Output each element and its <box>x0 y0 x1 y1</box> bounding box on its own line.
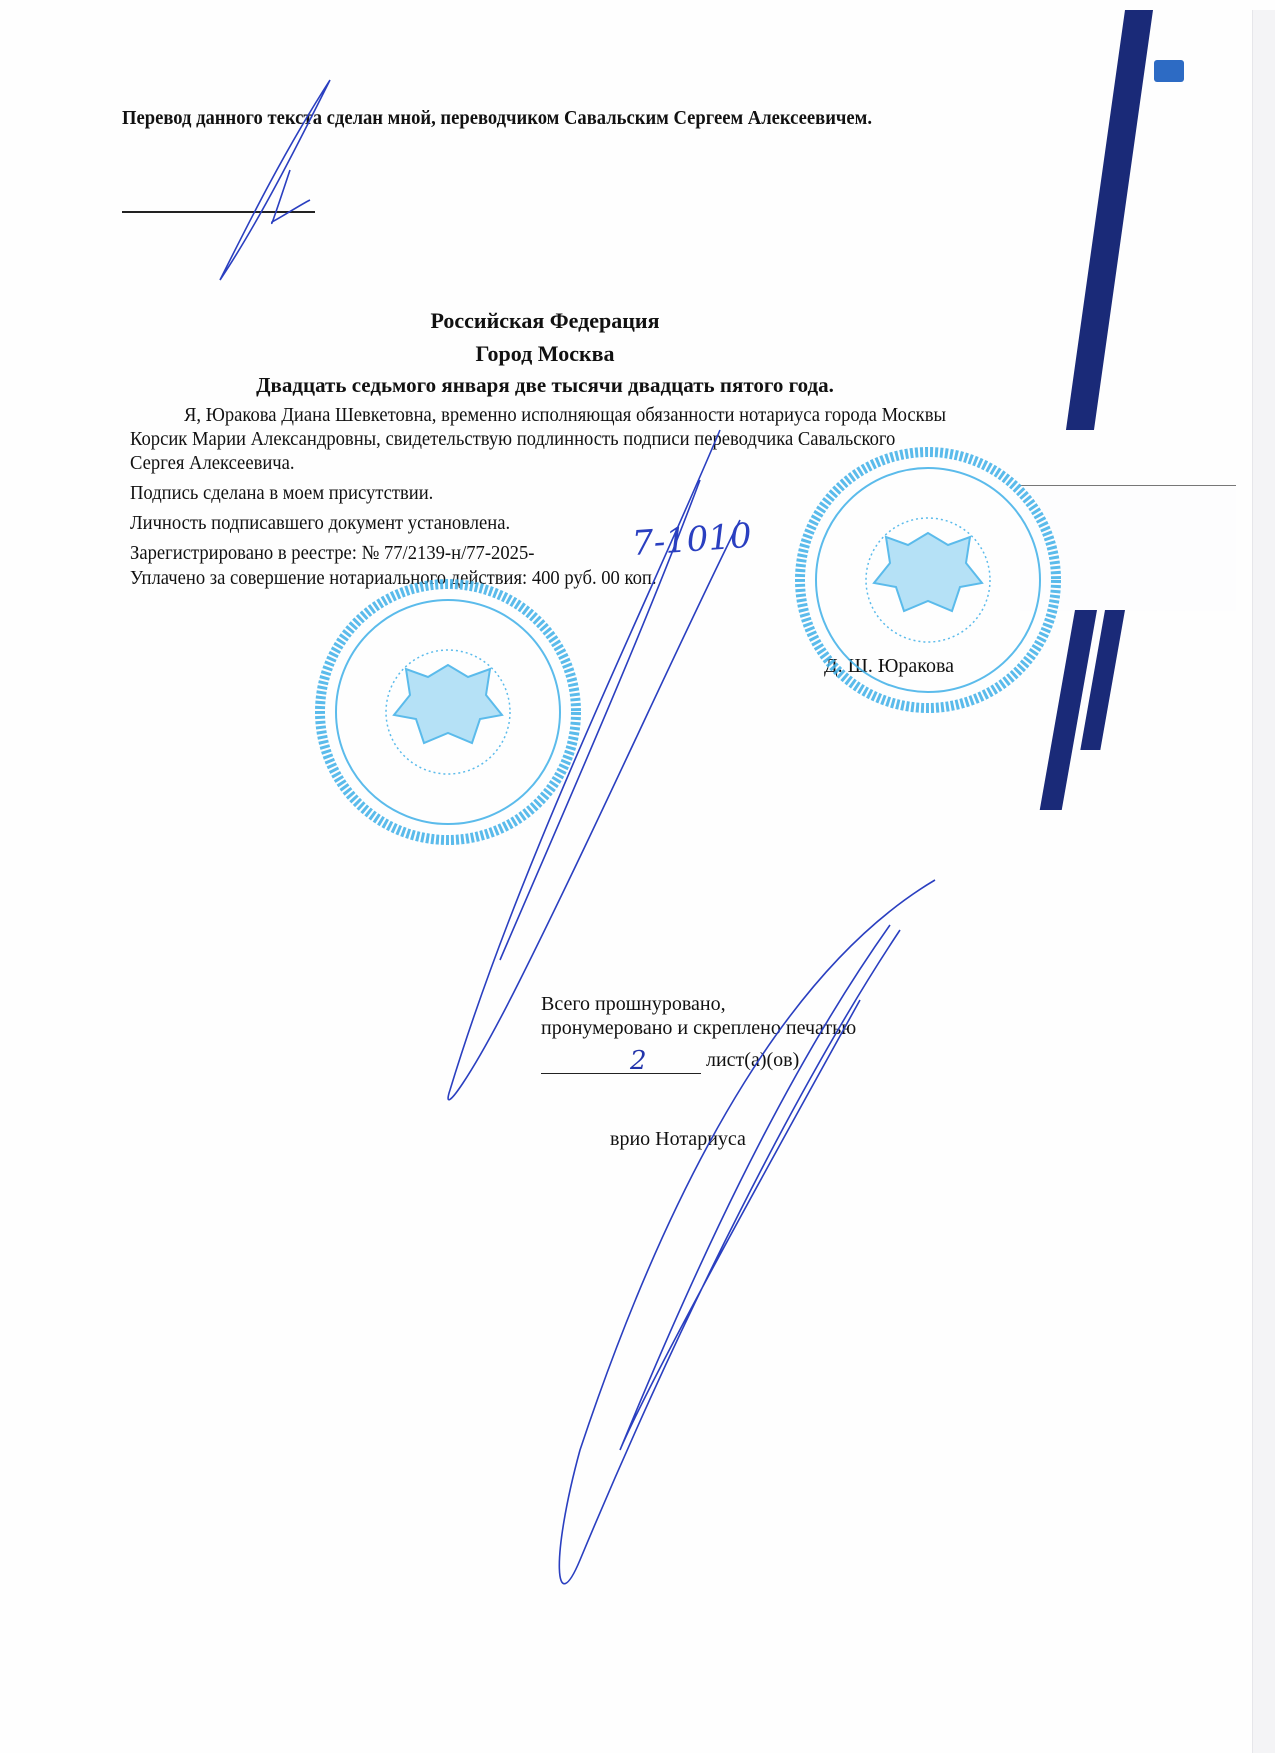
binding-note-line2: пронумеровано и скреплено печатью <box>541 1017 856 1040</box>
binding-sticker <box>1020 485 1236 611</box>
identity-statement: Личность подписавшего документ установле… <box>130 512 510 535</box>
city-heading: Город Москва <box>0 341 1090 367</box>
notarial-text-line1: Я, Юракова Диана Шевкетовна, временно ис… <box>184 404 946 427</box>
registry-number: Зарегистрировано в реестре: № 77/2139-н/… <box>130 542 534 565</box>
notarial-text-line2: Корсик Марии Александровны, свидетельств… <box>130 428 895 451</box>
fee-statement: Уплачено за совершение нотариального дей… <box>130 567 656 590</box>
pages-count: 2 <box>630 1046 647 1076</box>
date-heading: Двадцать седьмого января две тысячи двад… <box>0 373 1090 398</box>
presence-statement: Подпись сделана в моем присутствии. <box>130 482 433 505</box>
country-heading: Российская Федерация <box>0 308 1090 334</box>
notary-name: Д. Ш. Юракова <box>824 655 954 678</box>
notarial-text-line3: Сергея Алексеевича. <box>130 452 295 475</box>
pages-count-line <box>541 1073 701 1074</box>
document-page: Перевод данного текста сделан мной, пере… <box>0 0 1275 1753</box>
notary-signature-lower <box>559 880 935 1584</box>
translator-certification: Перевод данного текста сделан мной, пере… <box>122 107 872 130</box>
registry-handwritten-suffix: 7-1010 <box>631 516 753 564</box>
notary-role: врио Нотариуса <box>610 1128 746 1151</box>
stamps-and-signatures <box>0 0 1275 1753</box>
binding-note-line1: Всего прошнуровано, <box>541 993 726 1016</box>
sheets-label: лист(а)(ов) <box>706 1049 799 1072</box>
translator-signature-line <box>122 211 315 213</box>
ribbon-knot <box>1154 60 1184 82</box>
back-page-edge <box>1252 10 1275 1753</box>
binding-ribbon <box>1066 10 1153 430</box>
notary-stamp-left <box>320 584 576 840</box>
